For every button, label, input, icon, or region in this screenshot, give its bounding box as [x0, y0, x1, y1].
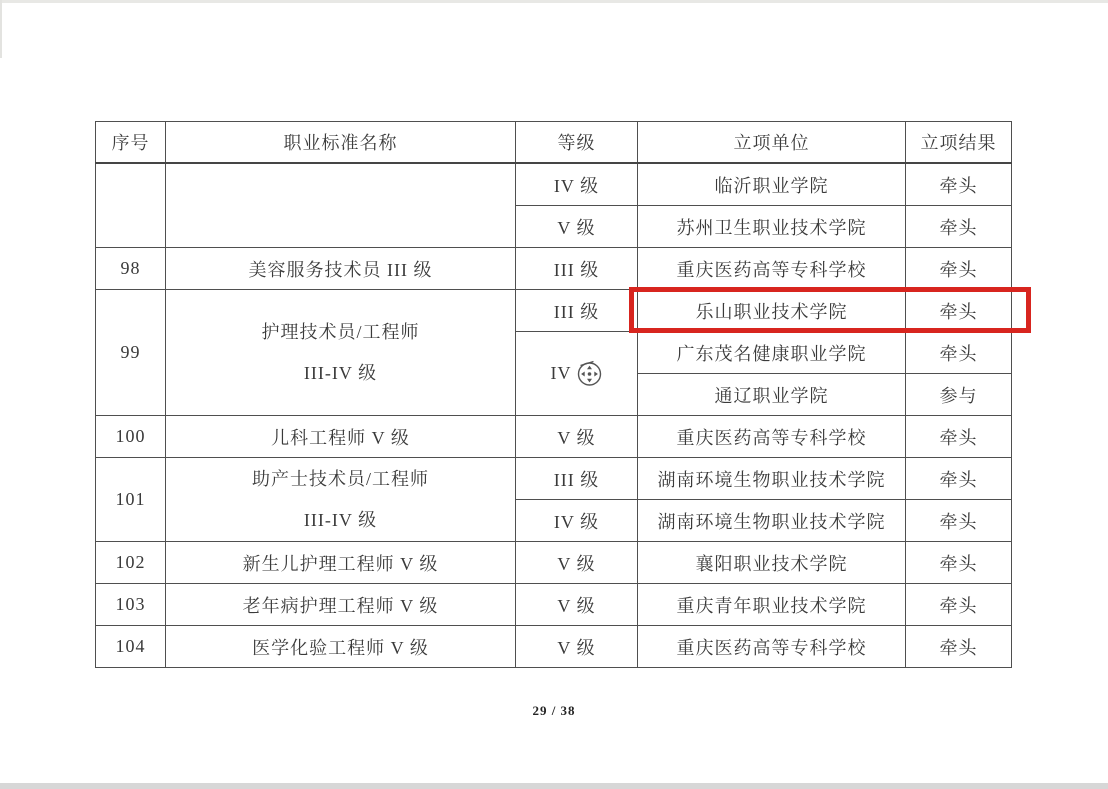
header-cell-level: 等级	[516, 122, 638, 164]
result-cell: 参与	[906, 374, 1012, 416]
unit-cell: 重庆医药高等专科学校	[638, 416, 906, 458]
result-cell: 牵头	[906, 626, 1012, 668]
table-row: 104 医学化验工程师 V 级 V 级 重庆医药高等专科学校 牵头	[96, 626, 1012, 668]
index-cell: 100	[96, 416, 166, 458]
name-line: 助产士技术员/工程师	[168, 459, 513, 500]
level-cell: IV 级	[516, 163, 638, 206]
result-cell: 牵头	[906, 500, 1012, 542]
table-row: IV 级 临沂职业学院 牵头	[96, 163, 1012, 206]
page-edge-left	[0, 0, 2, 58]
name-cell: 护理技术员/工程师 III-IV 级	[166, 290, 516, 416]
name-cell: 新生儿护理工程师 V 级	[166, 542, 516, 584]
index-cell: 99	[96, 290, 166, 416]
table-row: 99 护理技术员/工程师 III-IV 级 III 级 乐山职业技术学院 牵头	[96, 290, 1012, 332]
name-line: 护理技术员/工程师	[168, 312, 513, 353]
name-cell: 助产士技术员/工程师 III-IV 级	[166, 458, 516, 542]
header-cell-unit: 立项单位	[638, 122, 906, 164]
unit-cell: 湖南环境生物职业技术学院	[638, 500, 906, 542]
table-row: 103 老年病护理工程师 V 级 V 级 重庆青年职业技术学院 牵头	[96, 584, 1012, 626]
index-cell: 104	[96, 626, 166, 668]
unit-cell: 临沂职业学院	[638, 163, 906, 206]
table-row: 101 助产士技术员/工程师 III-IV 级 III 级 湖南环境生物职业技术…	[96, 458, 1012, 500]
name-cell: 儿科工程师 V 级	[166, 416, 516, 458]
unit-cell: 襄阳职业技术学院	[638, 542, 906, 584]
header-cell-result: 立项结果	[906, 122, 1012, 164]
name-line: III-IV 级	[168, 353, 513, 394]
result-cell-highlighted: 牵头	[906, 290, 1012, 332]
result-cell: 牵头	[906, 416, 1012, 458]
index-cell	[96, 163, 166, 248]
level-cell: V 级	[516, 206, 638, 248]
level-cell: V 级	[516, 626, 638, 668]
level-cell: III 级	[516, 458, 638, 500]
header-cell-index: 序号	[96, 122, 166, 164]
result-cell: 牵头	[906, 584, 1012, 626]
name-cell: 老年病护理工程师 V 级	[166, 584, 516, 626]
level-cell: III 级	[516, 290, 638, 332]
unit-cell: 重庆医药高等专科学校	[638, 248, 906, 290]
table-row: 102 新生儿护理工程师 V 级 V 级 襄阳职业技术学院 牵头	[96, 542, 1012, 584]
unit-cell: 重庆青年职业技术学院	[638, 584, 906, 626]
level-cell: V 级	[516, 542, 638, 584]
index-cell: 101	[96, 458, 166, 542]
name-cell: 美容服务技术员 III 级	[166, 248, 516, 290]
name-line: III-IV 级	[168, 500, 513, 541]
unit-cell: 广东茂名健康职业学院	[638, 332, 906, 374]
document-page: { "table": { "headers": ["序号", "职业标准名称",…	[0, 0, 1108, 789]
page-number: 29 / 38	[0, 703, 1108, 719]
header-cell-name: 职业标准名称	[166, 122, 516, 164]
table-row: 100 儿科工程师 V 级 V 级 重庆医药高等专科学校 牵头	[96, 416, 1012, 458]
name-cell	[166, 163, 516, 248]
table-row: 98 美容服务技术员 III 级 III 级 重庆医药高等专科学校 牵头	[96, 248, 1012, 290]
result-cell: 牵头	[906, 163, 1012, 206]
unit-cell-highlighted: 乐山职业技术学院	[638, 290, 906, 332]
unit-cell: 通辽职业学院	[638, 374, 906, 416]
level-cell: IV	[516, 332, 638, 416]
level-cell: V 级	[516, 584, 638, 626]
result-cell: 牵头	[906, 542, 1012, 584]
result-cell: 牵头	[906, 458, 1012, 500]
index-cell: 103	[96, 584, 166, 626]
standards-table: 序号 职业标准名称 等级 立项单位 立项结果 IV 级 临沂职业学院 牵头 V …	[95, 121, 1012, 668]
table-header-row: 序号 职业标准名称 等级 立项单位 立项结果	[96, 122, 1012, 164]
level-label: IV	[551, 363, 572, 383]
index-cell: 98	[96, 248, 166, 290]
level-cell: V 级	[516, 416, 638, 458]
name-cell: 医学化验工程师 V 级	[166, 626, 516, 668]
result-cell: 牵头	[906, 248, 1012, 290]
result-cell: 牵头	[906, 206, 1012, 248]
index-cell: 102	[96, 542, 166, 584]
level-cell: IV 级	[516, 500, 638, 542]
page-edge-bottom	[0, 783, 1108, 789]
page-edge-top	[0, 0, 1108, 3]
unit-cell: 苏州卫生职业技术学院	[638, 206, 906, 248]
level-cell: III 级	[516, 248, 638, 290]
result-cell: 牵头	[906, 332, 1012, 374]
scroll-origin-cursor-icon	[576, 360, 603, 387]
unit-cell: 湖南环境生物职业技术学院	[638, 458, 906, 500]
unit-cell: 重庆医药高等专科学校	[638, 626, 906, 668]
